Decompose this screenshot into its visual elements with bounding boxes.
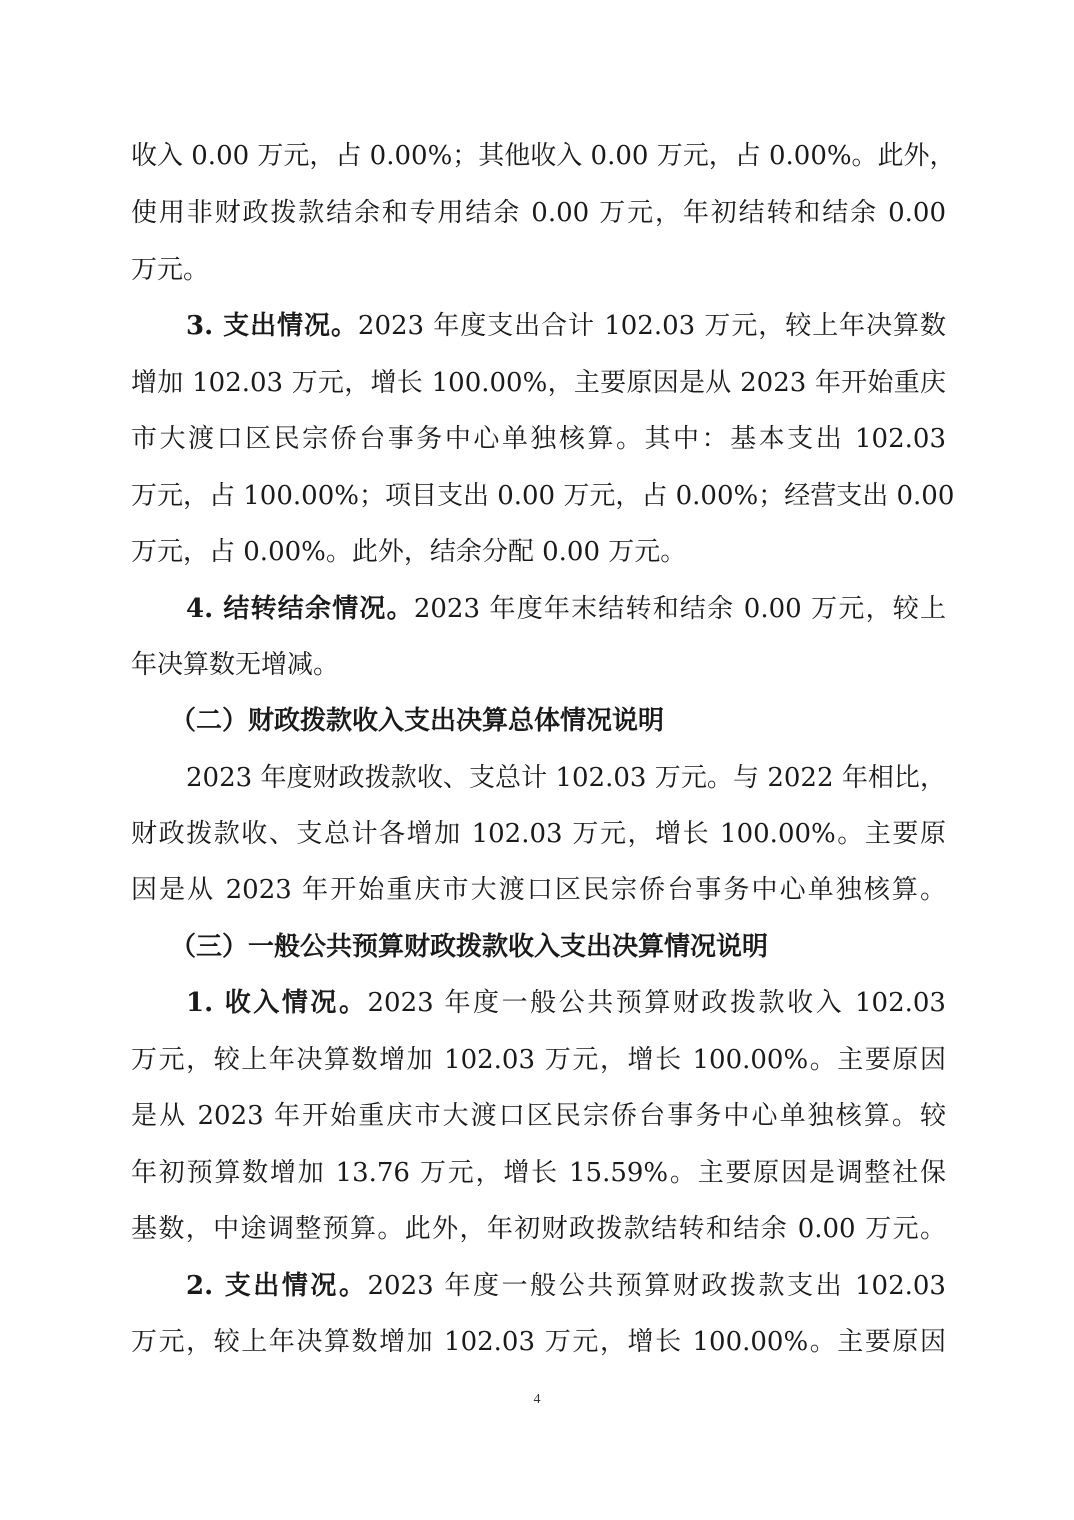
paragraph-line: 市大渡口区民宗侨台事务中心单独核算。其中：基本支出 102.03 xyxy=(131,419,946,459)
page-number: 4 xyxy=(0,1392,1074,1408)
section-heading: （三）一般公共预算财政拨款收入支出决算情况说明 xyxy=(170,927,930,967)
paragraph-text: 2023 年度一般公共预算财政拨款收入 102.03 xyxy=(368,988,946,1018)
paragraph-line: 万元，较上年决算数增加 102.03 万元，增长 100.00%。主要原因 xyxy=(131,1322,946,1362)
section-heading: （二）财政拨款收入支出决算总体情况说明 xyxy=(170,701,930,741)
paragraph-lead: 4. 结转结余情况。 xyxy=(186,594,414,624)
paragraph-line: 年决算数无增减。 xyxy=(131,645,946,685)
paragraph-line: 因是从 2023 年开始重庆市大渡口区民宗侨台事务中心单独核算。 xyxy=(131,870,946,910)
paragraph-lead: 2. 支出情况。 xyxy=(186,1271,368,1301)
paragraph-line: 4. 结转结余情况。2023 年度年末结转和结余 0.00 万元，较上 xyxy=(186,589,946,629)
paragraph-line: 3. 支出情况。2023 年度支出合计 102.03 万元，较上年决算数 xyxy=(186,306,946,346)
paragraph-line: 收入 0.00 万元，占 0.00%；其他收入 0.00 万元，占 0.00%。… xyxy=(131,136,946,176)
paragraph-lead: 3. 支出情况。 xyxy=(186,311,358,341)
paragraph-lead: 1. 收入情况。 xyxy=(186,988,368,1018)
paragraph-line: 是从 2023 年开始重庆市大渡口区民宗侨台事务中心单独核算。较 xyxy=(131,1096,946,1136)
paragraph-line: 增加 102.03 万元，增长 100.00%，主要原因是从 2023 年开始重… xyxy=(131,363,946,403)
paragraph-text: 2023 年度支出合计 102.03 万元，较上年决算数 xyxy=(358,311,946,341)
paragraph-line: 万元，较上年决算数增加 102.03 万元，增长 100.00%。主要原因 xyxy=(131,1040,946,1080)
paragraph-line: 年初预算数增加 13.76 万元，增长 15.59%。主要原因是调整社保 xyxy=(131,1153,946,1193)
paragraph-line: 2. 支出情况。2023 年度一般公共预算财政拨款支出 102.03 xyxy=(186,1266,946,1306)
paragraph-line: 基数，中途调整预算。此外，年初财政拨款结转和结余 0.00 万元。 xyxy=(131,1209,946,1249)
paragraph-line: 万元，占 100.00%；项目支出 0.00 万元，占 0.00%；经营支出 0… xyxy=(131,476,946,516)
paragraph-line: 万元。 xyxy=(131,250,946,290)
paragraph-line: 使用非财政拨款结余和专用结余 0.00 万元，年初结转和结余 0.00 xyxy=(131,193,946,233)
paragraph-line: 万元，占 0.00%。此外，结余分配 0.00 万元。 xyxy=(131,532,946,572)
paragraph-line: 2023 年度财政拨款收、支总计 102.03 万元。与 2022 年相比， xyxy=(186,758,946,798)
paragraph-line: 财政拨款收、支总计各增加 102.03 万元，增长 100.00%。主要原 xyxy=(131,814,946,854)
paragraph-line: 1. 收入情况。2023 年度一般公共预算财政拨款收入 102.03 xyxy=(186,983,946,1023)
paragraph-text: 2023 年度一般公共预算财政拨款支出 102.03 xyxy=(368,1271,946,1301)
paragraph-text: 2023 年度年末结转和结余 0.00 万元，较上 xyxy=(414,594,946,624)
document-page: 收入 0.00 万元，占 0.00%；其他收入 0.00 万元，占 0.00%。… xyxy=(0,0,1074,1520)
